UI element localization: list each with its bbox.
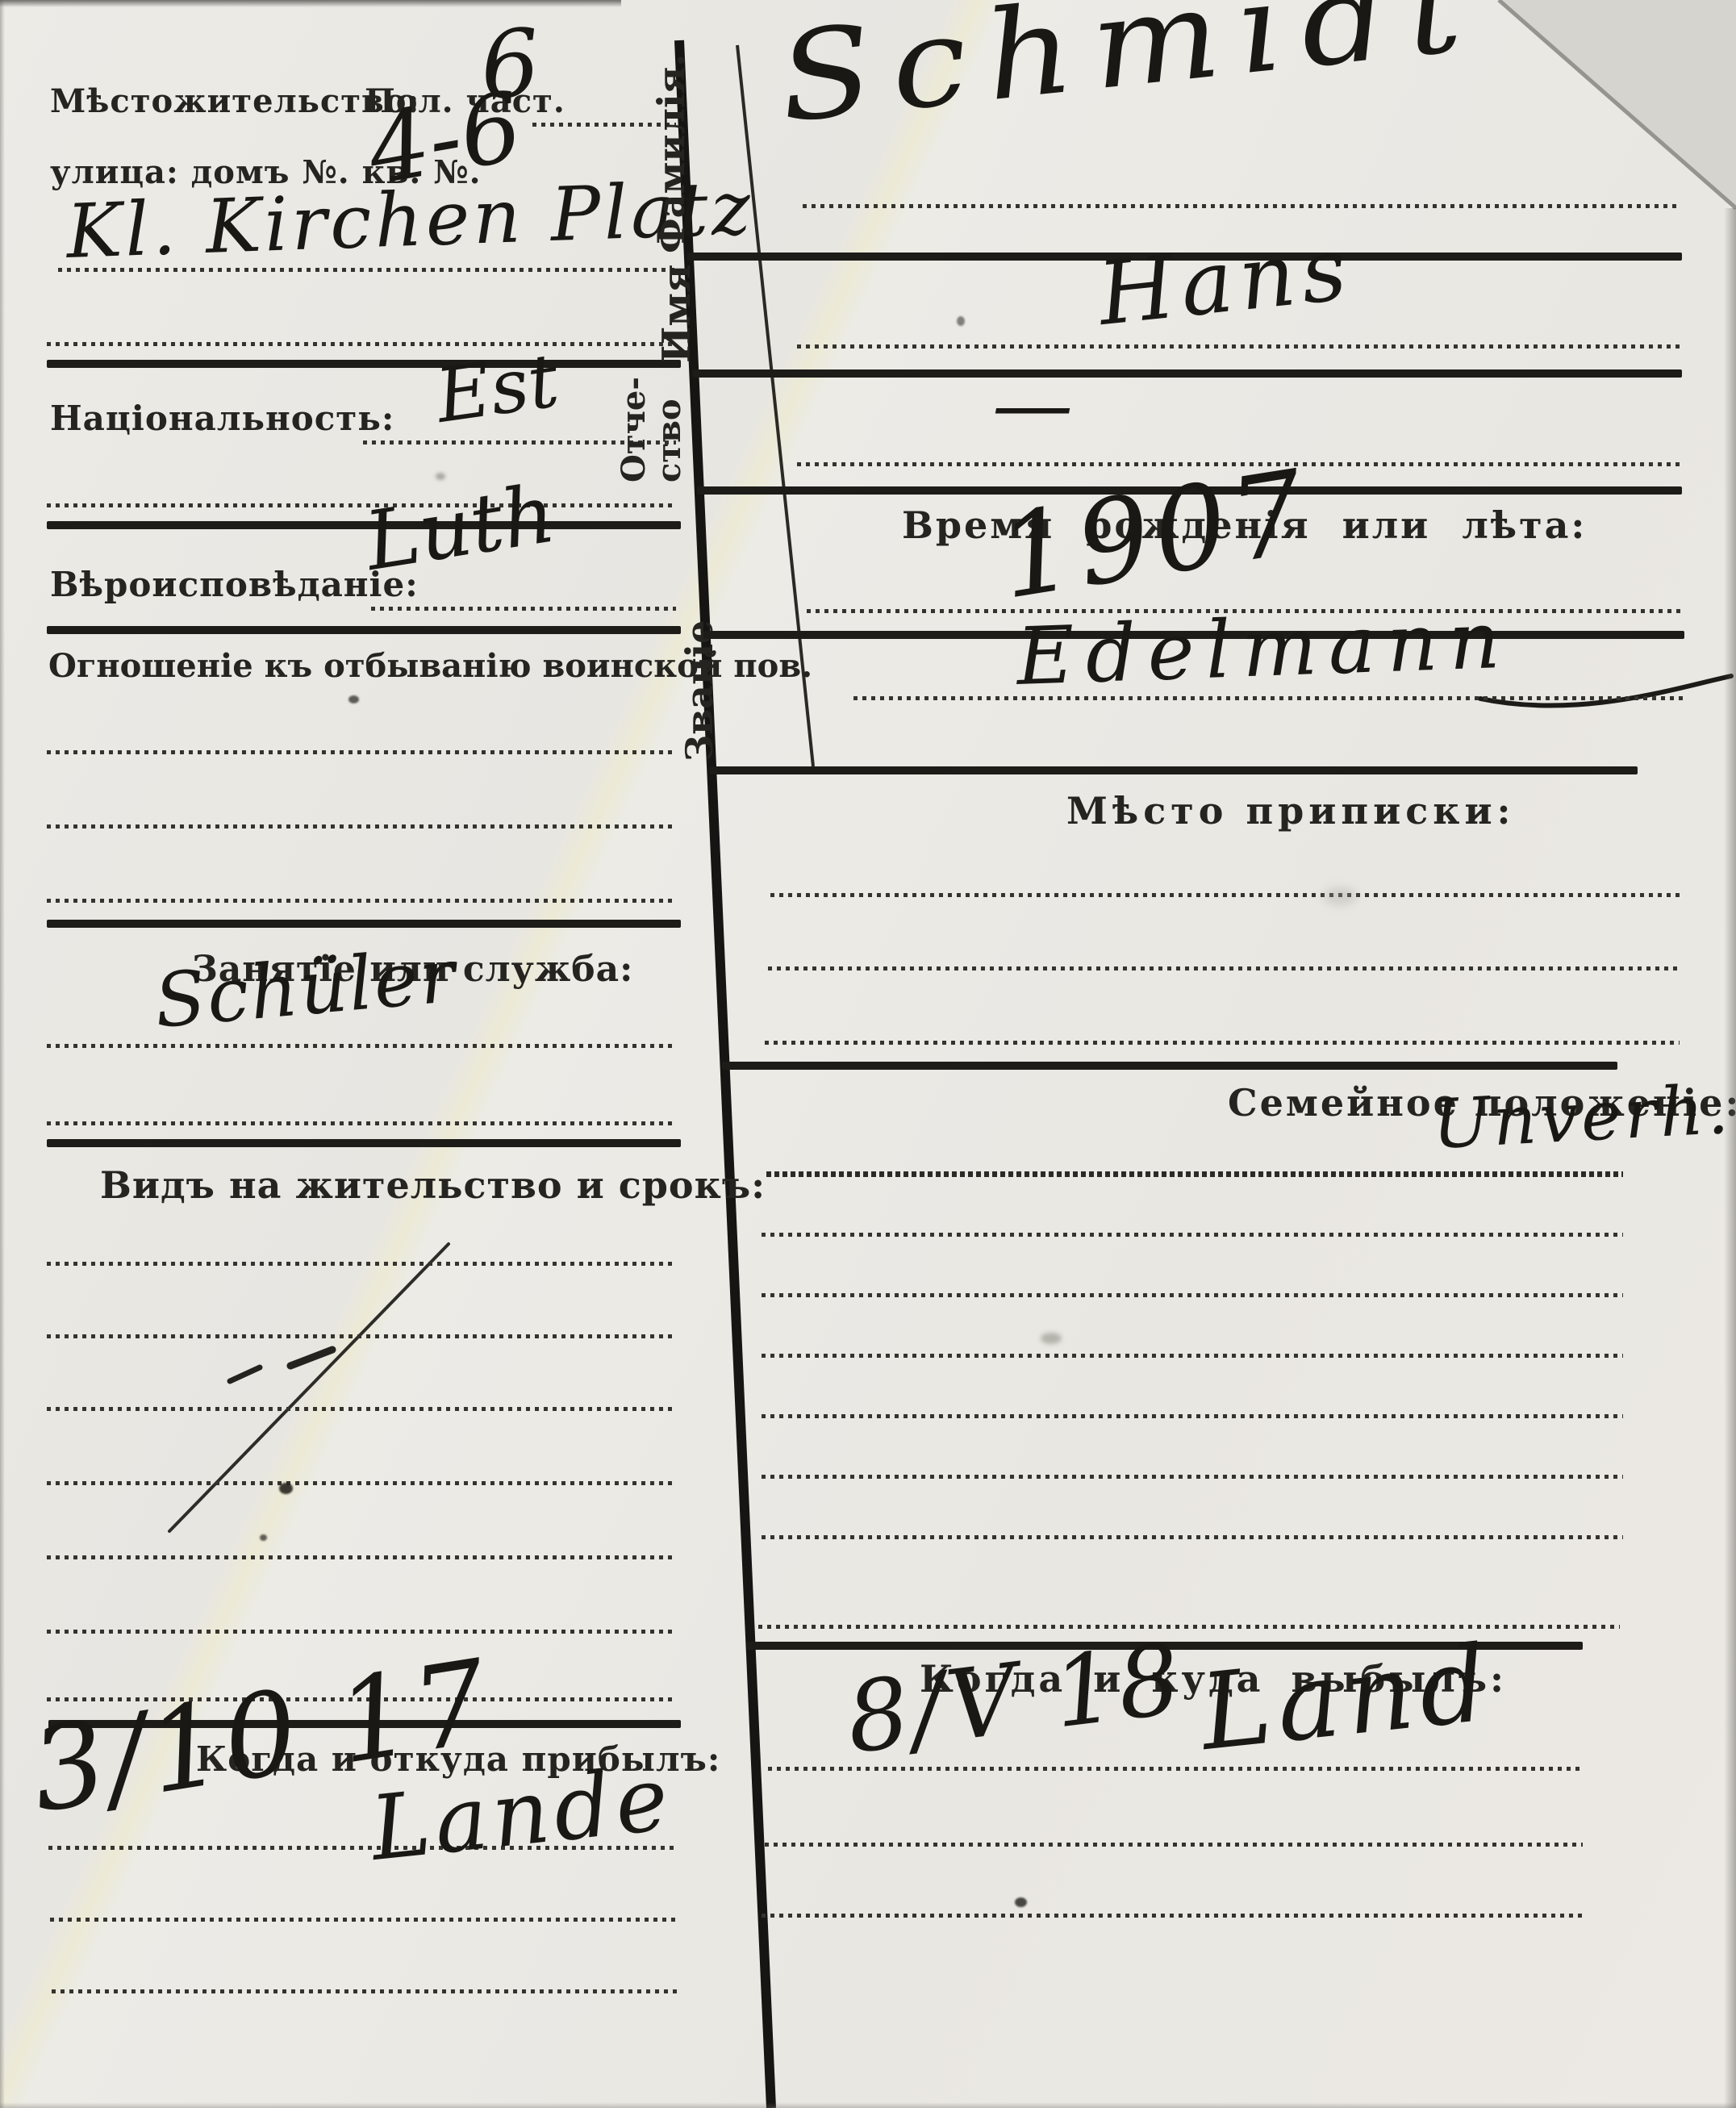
firstname-value: Hans xyxy=(1095,226,1357,339)
departure-date-value: 8/V 18 xyxy=(841,1631,1188,1768)
nationality-value: Est xyxy=(432,344,563,434)
dotted-line xyxy=(770,893,1680,897)
dotted-line xyxy=(853,696,1684,700)
cut-corner xyxy=(1499,0,1736,208)
rule-line xyxy=(722,1062,1617,1070)
rank-flourish-stroke xyxy=(1480,676,1731,706)
pen-stroke xyxy=(230,1367,260,1381)
scan-edge-top xyxy=(0,0,621,7)
dotted-line xyxy=(47,1481,676,1485)
registration-card-scan: Мѣстожительство: Пол. част. улица: домъ … xyxy=(0,0,1736,2108)
patronymic-label-line2: ство xyxy=(650,399,688,482)
dotted-line xyxy=(47,1334,676,1338)
dotted-line xyxy=(762,1535,1623,1539)
departure-place-value: Land xyxy=(1196,1630,1497,1765)
dotted-line xyxy=(50,1918,679,1922)
rank-value: Edelmann xyxy=(1016,601,1513,697)
religion-value: Luth xyxy=(360,473,560,582)
pen-stroke xyxy=(290,1350,332,1366)
dotted-line xyxy=(47,750,676,754)
scan-edge-left xyxy=(0,0,5,2108)
dotted-line xyxy=(47,1630,676,1634)
residence-permit-label: Видъ на жительство и срокъ: xyxy=(100,1165,766,1206)
religion-label: Вѣроисповѣданіе: xyxy=(50,566,419,603)
dotted-line xyxy=(762,1354,1623,1358)
dotted-line xyxy=(768,966,1680,971)
dotted-line xyxy=(762,1293,1623,1297)
dotted-line xyxy=(762,1233,1623,1237)
dotted-line xyxy=(47,1555,676,1559)
paper-smudge xyxy=(1041,1333,1062,1344)
paper-speck xyxy=(260,1534,267,1541)
dotted-line xyxy=(765,1843,1583,1847)
registration-label: Мѣсто приписки: xyxy=(1066,791,1516,832)
occupation-value: Schüler xyxy=(152,939,459,1039)
dotted-line xyxy=(371,607,676,611)
family-status-value: Unverh. xyxy=(1431,1075,1734,1158)
cut-corner-edge xyxy=(1499,0,1736,208)
patronymic-label: Отче-ство xyxy=(616,377,687,482)
birth-year-value: 1907 xyxy=(992,454,1317,616)
scan-edge-right xyxy=(1724,208,1736,2108)
paper-speck xyxy=(348,695,359,703)
dotted-line xyxy=(758,1625,1620,1629)
dotted-line xyxy=(47,899,676,903)
dotted-line xyxy=(47,1262,676,1266)
dotted-line xyxy=(52,1989,681,1993)
rule-line xyxy=(710,766,1638,774)
dotted-line xyxy=(762,1914,1583,1918)
dotted-line xyxy=(47,824,676,829)
patronymic-value: — xyxy=(992,365,1073,445)
dotted-line xyxy=(47,1407,676,1411)
permit-slash-stroke xyxy=(169,1244,449,1531)
dotted-line xyxy=(797,344,1680,349)
rule-line xyxy=(47,626,681,634)
rule-line xyxy=(47,920,681,928)
dotted-line xyxy=(762,1414,1623,1418)
paper-speck xyxy=(957,316,965,326)
nationality-label: Національность: xyxy=(50,400,394,437)
rank-label: Званіе xyxy=(678,620,721,762)
surname-value: Schmidt xyxy=(774,0,1486,140)
dotted-line xyxy=(766,1171,1623,1177)
surname-label: Фамилія. xyxy=(650,54,692,253)
dotted-line xyxy=(47,1121,676,1125)
dotted-line xyxy=(765,1041,1680,1045)
scan-edge-bottom xyxy=(0,2102,1736,2108)
paper-speck xyxy=(436,473,445,480)
dotted-line xyxy=(47,342,676,346)
dotted-line xyxy=(803,204,1680,208)
dotted-line xyxy=(762,1475,1623,1479)
rule-line xyxy=(692,369,1682,378)
dotted-line xyxy=(47,1044,676,1048)
paper-speck xyxy=(1015,1897,1027,1907)
firstname-label: Имя xyxy=(655,264,699,363)
patronymic-label-line1: Отче- xyxy=(615,377,653,482)
rule-line xyxy=(47,1139,681,1147)
rule-line xyxy=(47,360,681,368)
